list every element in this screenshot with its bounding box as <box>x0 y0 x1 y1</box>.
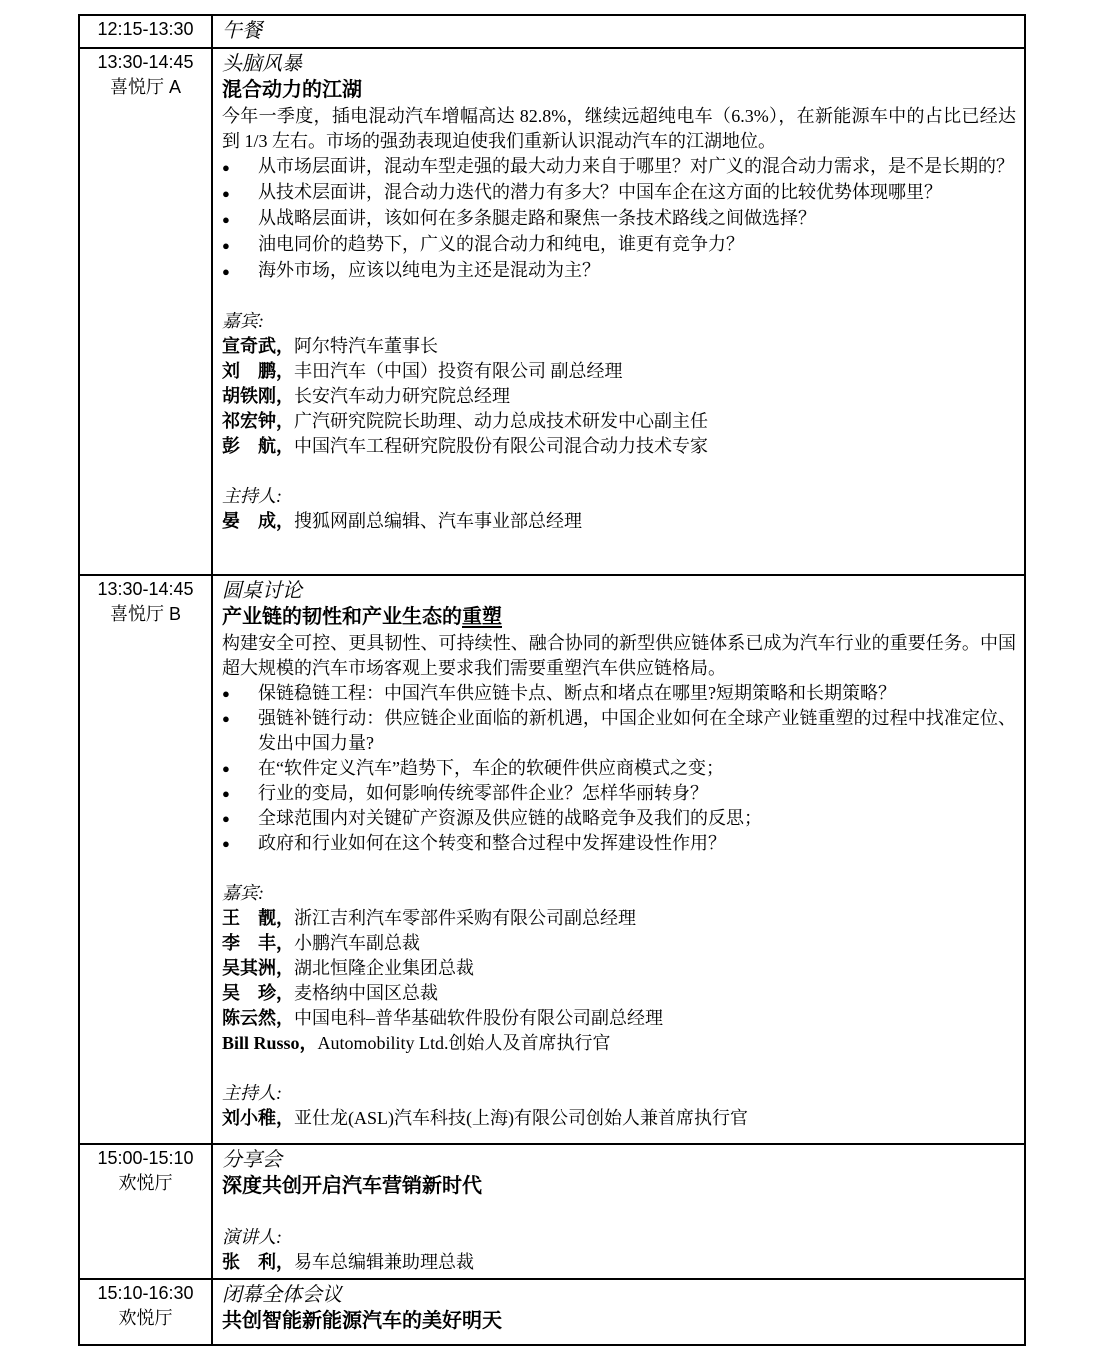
bullet-item: ●油电同价的趋势下，广义的混合动力和纯电，谁更有竞争力？ <box>222 232 1016 258</box>
person-entry: 刘 鹏，丰田汽车（中国）投资有限公司 副总经理 <box>222 359 1016 384</box>
session-time: 15:00-15:10 <box>82 1146 209 1171</box>
bullet-text: 全球范围内对关键矿产资源及供应链的战略竞争及我们的反思； <box>258 806 1016 831</box>
person-entry: 王 靓，浙江吉利汽车零部件采购有限公司副总经理 <box>222 906 1016 931</box>
bullet-icon: ● <box>222 806 258 831</box>
bullet-text: 强链补链行动：供应链企业面临的新机遇，中国企业如何在全球产业链重塑的过程中找准定… <box>258 706 1016 756</box>
session-cell: 分享会深度共创开启汽车营销新时代演讲人:张 利，易车总编辑兼助理总裁 <box>212 1144 1025 1279</box>
time-cell: 15:00-15:10欢悦厅 <box>79 1144 212 1279</box>
bullet-item: ●行业的变局，如何影响传统零部件企业？怎样华丽转身？ <box>222 781 1016 806</box>
time-cell: 13:30-14:45喜悦厅 B <box>79 575 212 1144</box>
bullet-text: 从战略层面讲，该如何在多条腿走路和聚焦一条技术路线之间做选择？ <box>258 208 816 228</box>
session-description: 今年一季度，插电混动汽车增幅高达 82.8%，继续远超纯电车（6.3%），在新能… <box>222 104 1016 154</box>
person-entry: 胡铁刚，长安汽车动力研究院总经理 <box>222 384 1016 409</box>
section-label: 主持人: <box>222 484 1016 509</box>
bullet-item: ●强链补链行动：供应链企业面临的新机遇，中国企业如何在全球产业链重塑的过程中找准… <box>222 706 1016 756</box>
time-cell: 15:10-16:30欢悦厅 <box>79 1279 212 1345</box>
bullet-text: 从技术层面讲，混合动力迭代的潜力有多大？中国车企在这方面的比较优势体现哪里？ <box>258 182 942 202</box>
person-role: Automobility Ltd.创始人及首席执行官 <box>318 1033 611 1053</box>
person-entry: 吴其洲，湖北恒隆企业集团总裁 <box>222 956 1016 981</box>
session-time: 12:15-13:30 <box>82 17 209 42</box>
person-entry: 晏 成，搜狐网副总编辑、汽车事业部总经理 <box>222 509 1016 534</box>
bullet-item: ●在“软件定义汽车”趋势下，车企的软硬件供应商模式之变； <box>222 756 1016 781</box>
person-name: 晏 成， <box>222 511 294 531</box>
agenda-row: 13:30-14:45喜悦厅 A头脑风暴混合动力的江湖今年一季度，插电混动汽车增… <box>79 48 1025 575</box>
session-type: 午餐 <box>222 18 1016 44</box>
bullet-text: 海外市场，应该以纯电为主还是混动为主？ <box>258 260 600 280</box>
person-role: 阿尔特汽车董事长 <box>294 336 438 356</box>
person-name: Bill Russo， <box>222 1033 318 1053</box>
spacer <box>222 1056 1016 1081</box>
bullet-text: 行业的变局，如何影响传统零部件企业？怎样华丽转身？ <box>258 781 1016 806</box>
bullet-icon: ● <box>222 259 258 284</box>
person-role: 广汽研究院院长助理、动力总成技术研发中心副主任 <box>294 411 708 431</box>
person-entry: 刘小稚，亚仕龙(ASL)汽车科技(上海)有限公司创始人兼首席执行官 <box>222 1106 1016 1131</box>
bullet-item: ●政府和行业如何在这个转变和整合过程中发挥建设性作用？ <box>222 831 1016 856</box>
bullet-icon: ● <box>222 756 258 781</box>
person-name: 宣奇武， <box>222 336 294 356</box>
person-role: 中国汽车工程研究院股份有限公司混合动力技术专家 <box>294 436 708 456</box>
person-entry: 陈云然，中国电科–普华基础软件股份有限公司副总经理 <box>222 1006 1016 1031</box>
bullet-text: 油电同价的趋势下，广义的混合动力和纯电，谁更有竞争力？ <box>258 234 744 254</box>
bullet-item: ●海外市场，应该以纯电为主还是混动为主？ <box>222 258 1016 284</box>
person-name: 王 靓， <box>222 908 294 928</box>
bullet-item: ●从技术层面讲，混合动力迭代的潜力有多大？中国车企在这方面的比较优势体现哪里？ <box>222 180 1016 206</box>
person-name: 祁宏钟， <box>222 411 294 431</box>
bullet-text: 保链稳链工程：中国汽车供应链卡点、断点和堵点在哪里?短期策略和长期策略？ <box>258 681 1016 706</box>
spacer <box>222 1200 1016 1225</box>
time-cell: 13:30-14:45喜悦厅 A <box>79 48 212 575</box>
person-role: 浙江吉利汽车零部件采购有限公司副总经理 <box>294 908 636 928</box>
bullet-icon: ● <box>222 831 258 856</box>
session-room: 欢悦厅 <box>82 1171 209 1196</box>
session-room: 欢悦厅 <box>82 1306 209 1331</box>
person-name: 刘 鹏， <box>222 361 294 381</box>
agenda-row: 15:10-16:30欢悦厅闭幕全体会议共创智能新能源汽车的美好明天 <box>79 1279 1025 1345</box>
agenda-body: 12:15-13:30午餐13:30-14:45喜悦厅 A头脑风暴混合动力的江湖… <box>79 15 1025 1345</box>
session-room: 喜悦厅 A <box>82 75 209 100</box>
person-name: 吴其洲， <box>222 958 294 978</box>
session-room: 喜悦厅 B <box>82 602 209 627</box>
person-role: 小鹏汽车副总裁 <box>294 933 420 953</box>
session-title-underline: 重塑 <box>462 606 502 628</box>
session-title: 产业链的韧性和产业生态的重塑 <box>222 604 1016 631</box>
person-entry: 李 丰，小鹏汽车副总裁 <box>222 931 1016 956</box>
session-cell: 圆桌讨论产业链的韧性和产业生态的重塑构建安全可控、更具韧性、可持续性、融合协同的… <box>212 575 1025 1144</box>
agenda-row: 15:00-15:10欢悦厅分享会深度共创开启汽车营销新时代演讲人:张 利，易车… <box>79 1144 1025 1279</box>
section-label: 演讲人: <box>222 1225 1016 1250</box>
person-name: 陈云然， <box>222 1008 294 1028</box>
bullet-icon: ● <box>222 681 258 706</box>
section-label: 嘉宾: <box>222 881 1016 906</box>
person-entry: 张 利，易车总编辑兼助理总裁 <box>222 1250 1016 1275</box>
session-cell: 闭幕全体会议共创智能新能源汽车的美好明天 <box>212 1279 1025 1345</box>
bullet-icon: ● <box>222 706 258 756</box>
bullet-item: ●保链稳链工程：中国汽车供应链卡点、断点和堵点在哪里?短期策略和长期策略？ <box>222 681 1016 706</box>
spacer <box>222 284 1016 309</box>
person-entry: 祁宏钟，广汽研究院院长助理、动力总成技术研发中心副主任 <box>222 409 1016 434</box>
person-role: 麦格纳中国区总裁 <box>294 983 438 1003</box>
person-role: 丰田汽车（中国）投资有限公司 副总经理 <box>294 361 623 381</box>
spacer <box>222 459 1016 484</box>
session-type: 圆桌讨论 <box>222 578 1016 604</box>
agenda-row: 12:15-13:30午餐 <box>79 15 1025 48</box>
time-cell: 12:15-13:30 <box>79 15 212 48</box>
person-role: 亚仕龙(ASL)汽车科技(上海)有限公司创始人兼首席执行官 <box>294 1108 748 1128</box>
bullet-icon: ● <box>222 181 258 206</box>
bullet-icon: ● <box>222 781 258 806</box>
bullet-text: 从市场层面讲，混动车型走强的最大动力来自于哪里？对广义的混合动力需求，是不是长期… <box>258 156 1014 176</box>
session-type: 闭幕全体会议 <box>222 1282 1016 1308</box>
person-name: 胡铁刚， <box>222 386 294 406</box>
person-role: 中国电科–普华基础软件股份有限公司副总经理 <box>294 1008 663 1028</box>
bullet-text: 政府和行业如何在这个转变和整合过程中发挥建设性作用？ <box>258 831 1016 856</box>
bullet-icon: ● <box>222 155 258 180</box>
person-role: 长安汽车动力研究院总经理 <box>294 386 510 406</box>
bullet-item: ●从市场层面讲，混动车型走强的最大动力来自于哪里？对广义的混合动力需求，是不是长… <box>222 154 1016 180</box>
session-title: 混合动力的江湖 <box>222 77 1016 104</box>
bullet-item: ●从战略层面讲，该如何在多条腿走路和聚焦一条技术路线之间做选择？ <box>222 206 1016 232</box>
bullet-text: 在“软件定义汽车”趋势下，车企的软硬件供应商模式之变； <box>258 756 1016 781</box>
person-role: 搜狐网副总编辑、汽车事业部总经理 <box>294 511 582 531</box>
session-time: 13:30-14:45 <box>82 50 209 75</box>
session-description: 构建安全可控、更具韧性、可持续性、融合协同的新型供应链体系已成为汽车行业的重要任… <box>222 631 1016 681</box>
bullet-icon: ● <box>222 233 258 258</box>
person-entry: Bill Russo，Automobility Ltd.创始人及首席执行官 <box>222 1031 1016 1056</box>
bullet-icon: ● <box>222 207 258 232</box>
section-label: 嘉宾: <box>222 309 1016 334</box>
session-cell: 头脑风暴混合动力的江湖今年一季度，插电混动汽车增幅高达 82.8%，继续远超纯电… <box>212 48 1025 575</box>
person-entry: 宣奇武，阿尔特汽车董事长 <box>222 334 1016 359</box>
session-type: 分享会 <box>222 1147 1016 1173</box>
person-entry: 彭 航，中国汽车工程研究院股份有限公司混合动力技术专家 <box>222 434 1016 459</box>
person-role: 易车总编辑兼助理总裁 <box>294 1252 474 1272</box>
person-entry: 吴 珍，麦格纳中国区总裁 <box>222 981 1016 1006</box>
agenda-table: 12:15-13:30午餐13:30-14:45喜悦厅 A头脑风暴混合动力的江湖… <box>78 14 1026 1346</box>
spacer <box>222 856 1016 881</box>
bullet-item: ●全球范围内对关键矿产资源及供应链的战略竞争及我们的反思； <box>222 806 1016 831</box>
session-time: 13:30-14:45 <box>82 577 209 602</box>
session-cell: 午餐 <box>212 15 1025 48</box>
session-title: 深度共创开启汽车营销新时代 <box>222 1173 1016 1200</box>
person-role: 湖北恒隆企业集团总裁 <box>294 958 474 978</box>
session-time: 15:10-16:30 <box>82 1281 209 1306</box>
person-name: 张 利， <box>222 1252 294 1272</box>
person-name: 李 丰， <box>222 933 294 953</box>
section-label: 主持人: <box>222 1081 1016 1106</box>
session-type: 头脑风暴 <box>222 51 1016 77</box>
session-title: 共创智能新能源汽车的美好明天 <box>222 1308 1016 1335</box>
person-name: 刘小稚， <box>222 1108 294 1128</box>
person-name: 吴 珍， <box>222 983 294 1003</box>
agenda-row: 13:30-14:45喜悦厅 B圆桌讨论产业链的韧性和产业生态的重塑构建安全可控… <box>79 575 1025 1144</box>
person-name: 彭 航， <box>222 436 294 456</box>
